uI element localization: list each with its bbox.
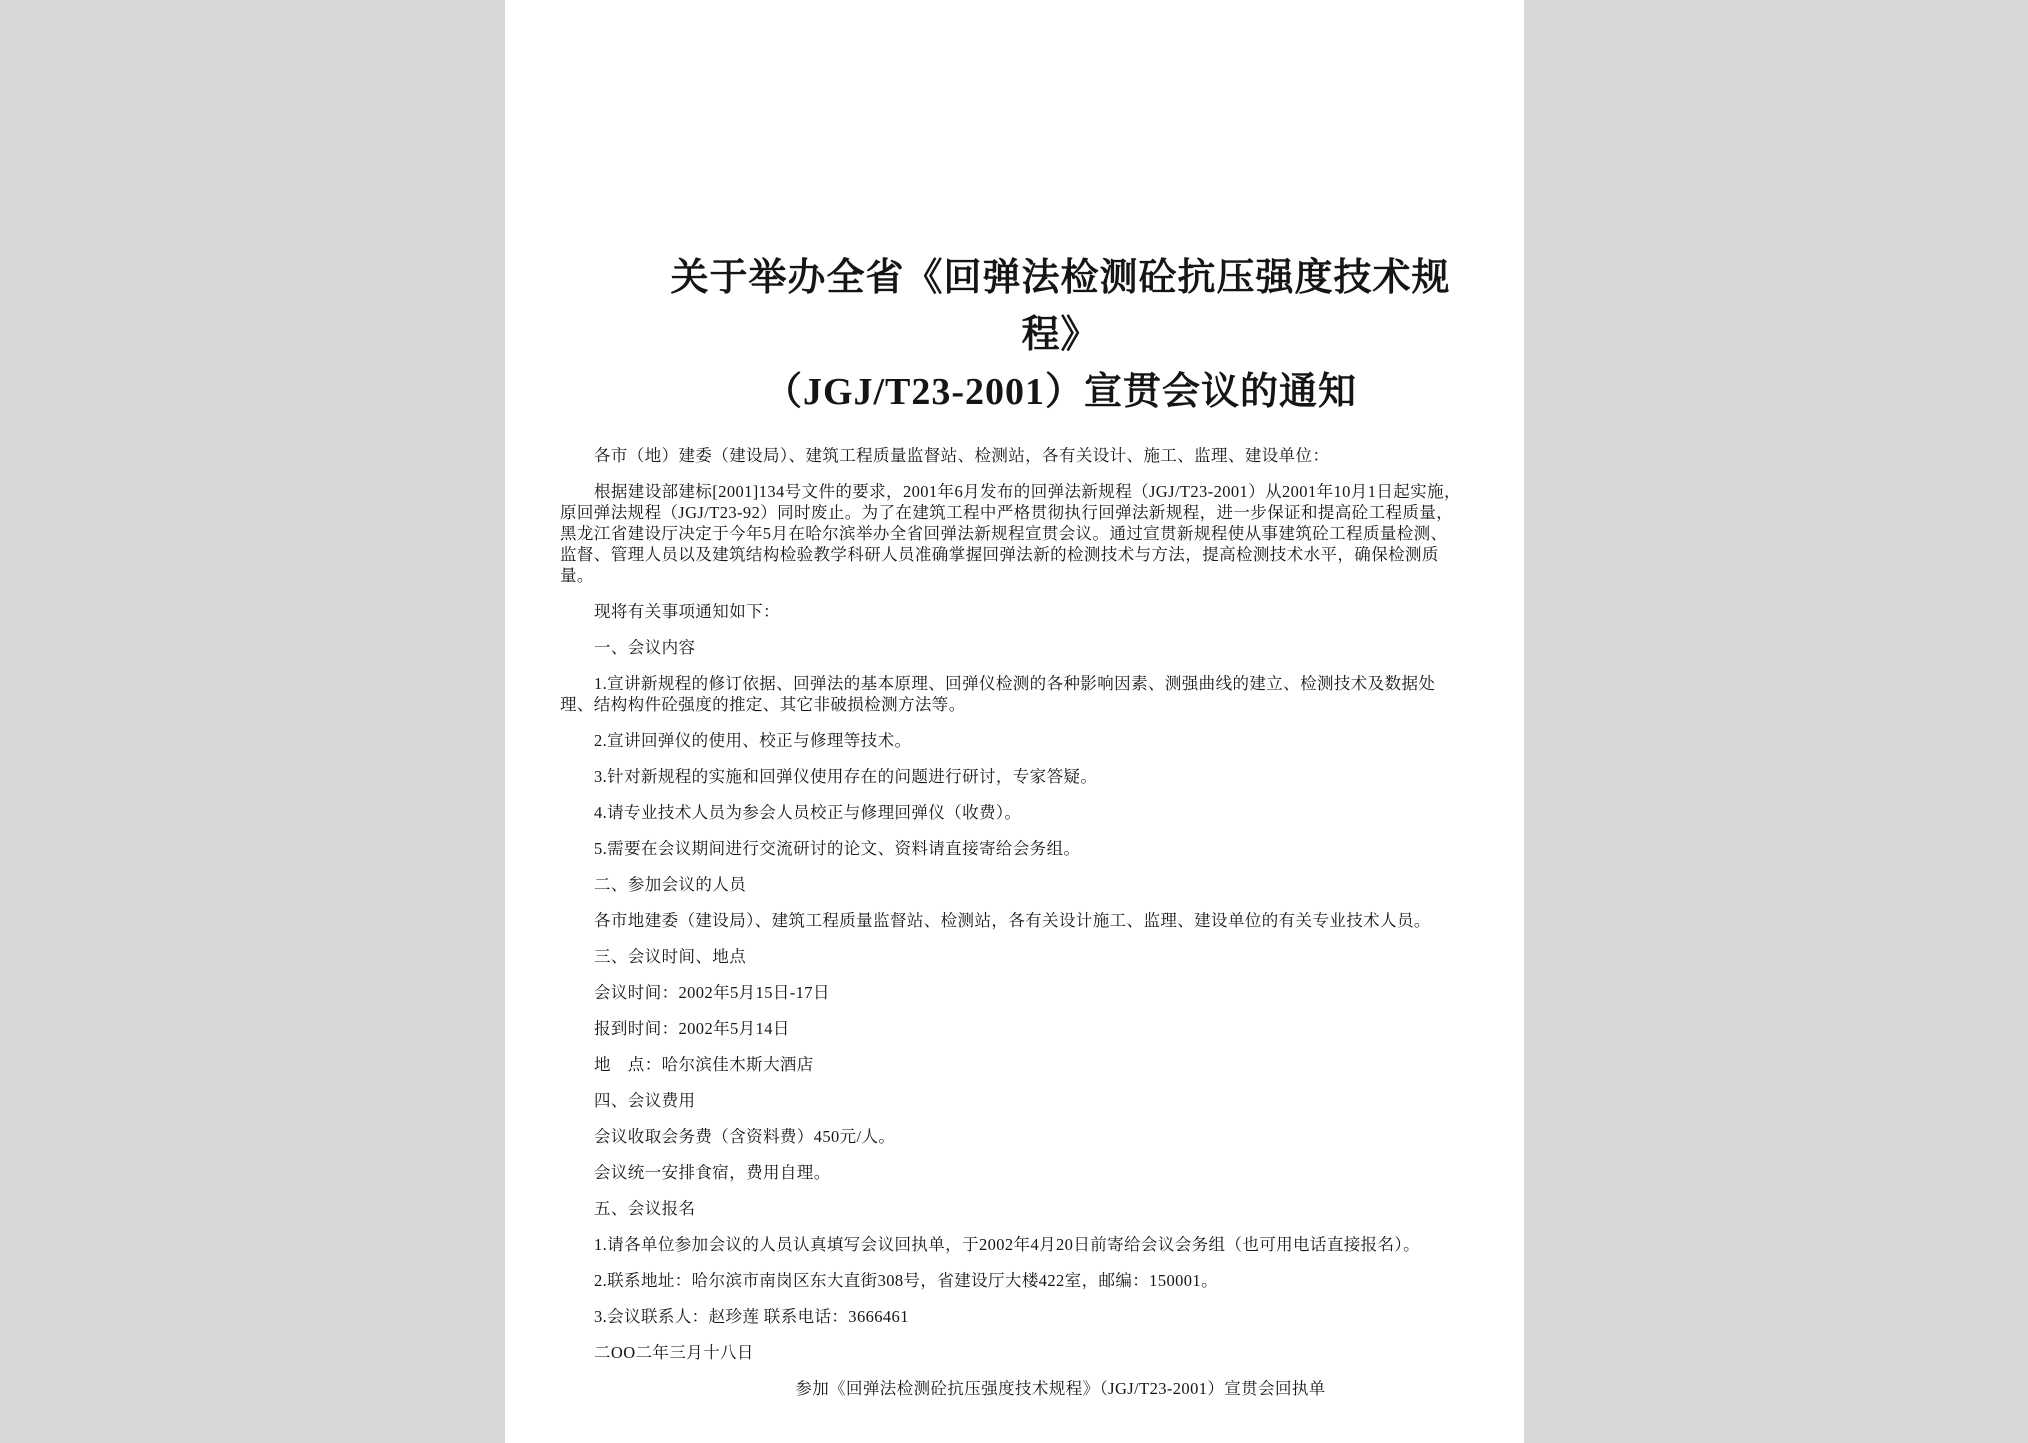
document-page: 关于举办全省《回弹法检测砼抗压强度技术规程》 （JGJ/T23-2001）宣贯会…	[505, 0, 1524, 1443]
location-line: 地 点：哈尔滨佳木斯大酒店	[560, 1054, 1461, 1075]
section-2-item-1: 各市地建委（建设局）、建筑工程质量监督站、检测站，各有关设计施工、监理、建设单位…	[560, 910, 1461, 931]
issue-date: 二OO二年三月十八日	[560, 1342, 1461, 1363]
section-2-heading: 二、参加会议的人员	[560, 874, 1461, 895]
fee-line: 会议收取会务费（含资料费）450元/人。	[560, 1126, 1461, 1147]
section-3-heading: 三、会议时间、地点	[560, 946, 1461, 967]
contact-person-line: 3.会议联系人：赵珍莲 联系电话：3666461	[560, 1306, 1461, 1327]
section-4-heading: 四、会议费用	[560, 1090, 1461, 1111]
document-title-line-2: （JGJ/T23-2001）宣贯会议的通知	[660, 364, 1461, 421]
section-1-heading: 一、会议内容	[560, 637, 1461, 658]
section-1-item-2: 2.宣讲回弹仪的使用、校正与修理等技术。	[560, 730, 1461, 751]
section-5-item-1: 1.请各单位参加会议的人员认真填写会议回执单，于2002年4月20日前寄给会议会…	[560, 1234, 1461, 1255]
section-1-item-1: 1.宣讲新规程的修订依据、回弹法的基本原理、回弹仪检测的各种影响因素、测强曲线的…	[560, 673, 1461, 715]
notice-intro: 现将有关事项通知如下：	[560, 601, 1461, 622]
document-title-line-1: 关于举办全省《回弹法检测砼抗压强度技术规程》	[660, 250, 1461, 364]
registration-time-line: 报到时间：2002年5月14日	[560, 1018, 1461, 1039]
section-1-item-4: 4.请专业技术人员为参会人员校正与修理回弹仪（收费）。	[560, 802, 1461, 823]
reply-slip-footer: 参加《回弹法检测砼抗压强度技术规程》（JGJ/T23-2001）宣贯会回执单	[660, 1378, 1461, 1399]
document-content: 关于举办全省《回弹法检测砼抗压强度技术规程》 （JGJ/T23-2001）宣贯会…	[505, 0, 1524, 1399]
section-5-heading: 五、会议报名	[560, 1198, 1461, 1219]
section-1-item-5: 5.需要在会议期间进行交流研讨的论文、资料请直接寄给会务组。	[560, 838, 1461, 859]
document-title: 关于举办全省《回弹法检测砼抗压强度技术规程》 （JGJ/T23-2001）宣贯会…	[660, 250, 1461, 421]
lodging-line: 会议统一安排食宿，费用自理。	[560, 1162, 1461, 1183]
meeting-time-line: 会议时间：2002年5月15日-17日	[560, 982, 1461, 1003]
opening-paragraph: 根据建设部建标[2001]134号文件的要求，2001年6月发布的回弹法新规程（…	[560, 481, 1461, 586]
section-1-item-3: 3.针对新规程的实施和回弹仪使用存在的问题进行研讨，专家答疑。	[560, 766, 1461, 787]
contact-address-line: 2.联系地址：哈尔滨市南岗区东大直街308号，省建设厅大楼422室，邮编：150…	[560, 1270, 1461, 1291]
greeting-line: 各市（地）建委（建设局）、建筑工程质量监督站、检测站，各有关设计、施工、监理、建…	[560, 445, 1461, 466]
